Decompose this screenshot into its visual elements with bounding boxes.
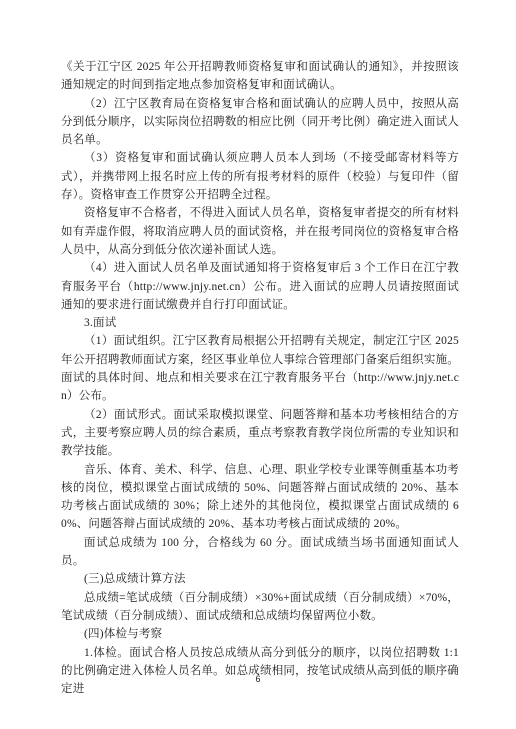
paragraph-section-heading: (四)体检与考察 bbox=[61, 625, 459, 643]
paragraph: 资格复审不合格者，不得进入面试人员名单，资格复审者提交的所有材料如有弄虚作假，将… bbox=[61, 204, 459, 259]
paragraph: （2）面试形式。面试采取模拟课堂、问题答辩和基本功考核相结合的方式，主要考察应聘… bbox=[61, 406, 459, 461]
paragraph-section-heading: (三)总成绩计算方法 bbox=[61, 570, 459, 588]
paragraph: 1.体检。面试合格人员按总成绩从高分到低分的顺序，以岗位招聘数 1:1 的比例确… bbox=[61, 644, 459, 699]
page-footer: 6 bbox=[0, 674, 516, 684]
document-body: 《关于江宁区 2025 年公开招聘教师资格复审和面试确认的通知》，并按照该通知规… bbox=[61, 58, 459, 698]
paragraph: 总成绩=笔试成绩（百分制成绩）×30%+面试成绩（百分制成绩）×70%，笔试成绩… bbox=[61, 589, 459, 626]
paragraph: 音乐、体育、美术、科学、信息、心理、职业学校专业课等侧重基本功考核的岗位，模拟课… bbox=[61, 461, 459, 534]
page-number: 6 bbox=[255, 674, 260, 684]
paragraph: （4）进入面试人员名单及面试通知将于资格复审后 3 个工作日在江宁教育服务平台（… bbox=[61, 259, 459, 314]
paragraph: （1）面试组织。江宁区教育局根据公开招聘有关规定，制定江宁区 2025 年公开招… bbox=[61, 332, 459, 405]
paragraph: （2）江宁区教育局在资格复审合格和面试确认的应聘人员中，按照从高分到低分顺序，以… bbox=[61, 95, 459, 150]
paragraph-section-heading: 3.面试 bbox=[61, 314, 459, 332]
paragraph: 面试总成绩为 100 分，合格线为 60 分。面试成绩当场书面通知面试人员。 bbox=[61, 534, 459, 571]
paragraph: （3）资格复审和面试确认须应聘人员本人到场（不接受邮寄材料等方式），并携带网上报… bbox=[61, 149, 459, 204]
document-page: 《关于江宁区 2025 年公开招聘教师资格复审和面试确认的通知》，并按照该通知规… bbox=[0, 0, 516, 729]
paragraph: 《关于江宁区 2025 年公开招聘教师资格复审和面试确认的通知》，并按照该通知规… bbox=[61, 58, 459, 95]
